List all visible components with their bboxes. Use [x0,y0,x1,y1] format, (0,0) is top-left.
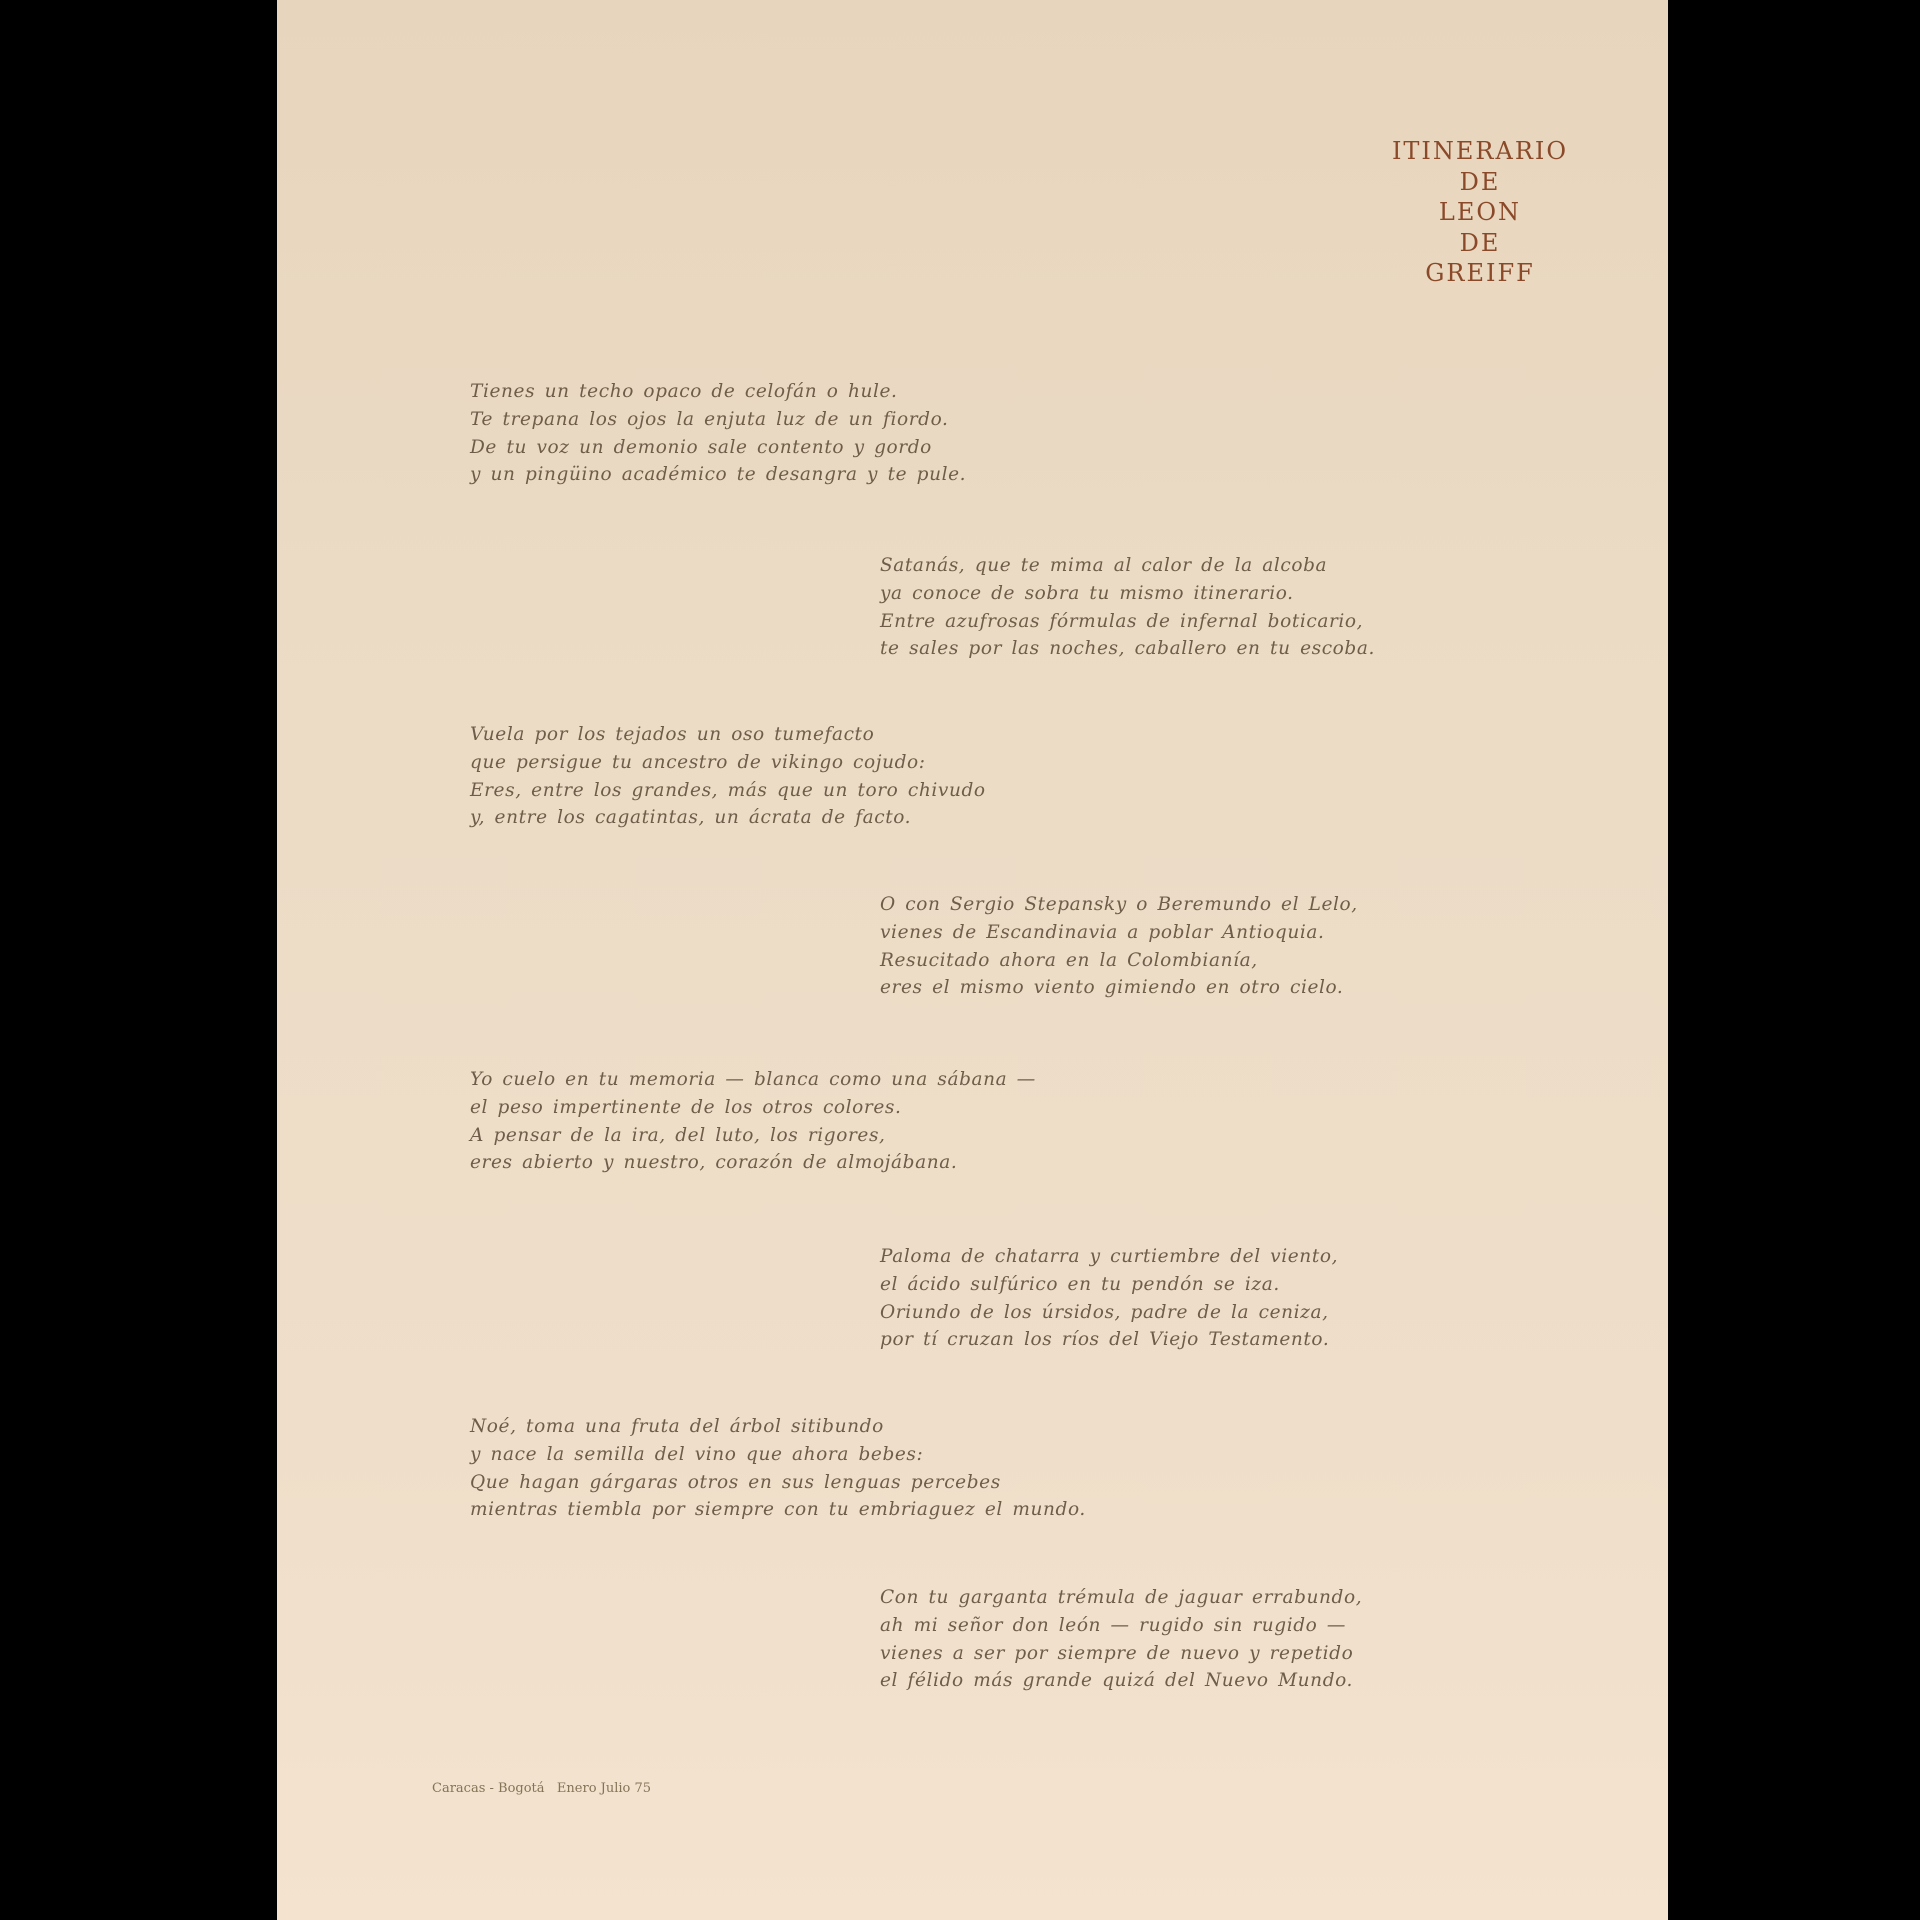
verse-line: Yo cuelo en tu memoria — blanca como una… [470,1066,1036,1094]
verse-line: Noé, toma una fruta del árbol sitibundo [470,1413,1086,1441]
verse-line: y, entre los cagatintas, un ácrata de fa… [470,804,986,832]
stanza-4: O con Sergio Stepansky o Beremundo el Le… [880,891,1358,1002]
verse-line: por tí cruzan los ríos del Viejo Testame… [880,1326,1338,1354]
verse-line: eres abierto y nuestro, corazón de almoj… [470,1149,1036,1177]
verse-line: Satanás, que te mima al calor de la alco… [880,552,1375,580]
verse-line: mientras tiembla por siempre con tu embr… [470,1496,1086,1524]
verse-line: el peso impertinente de los otros colore… [470,1094,1036,1122]
verse-line: que persigue tu ancestro de vikingo coju… [470,749,986,777]
verse-line: ah mi señor don león — rugido sin rugido… [880,1612,1362,1640]
verse-line: Te trepana los ojos la enjuta luz de un … [470,406,966,434]
stanza-7: Noé, toma una fruta del árbol sitibundo … [470,1413,1086,1524]
verse-line: ya conoce de sobra tu mismo itinerario. [880,580,1375,608]
verse-line: Vuela por los tejados un oso tumefacto [470,721,986,749]
title-line: LEON [1370,197,1590,228]
colophon: Caracas - Bogotá Enero Julio 75 [432,1781,651,1796]
verse-line: Eres, entre los grandes, más que un toro… [470,777,986,805]
title-line: DE [1370,228,1590,259]
verse-line: Con tu garganta trémula de jaguar errabu… [880,1584,1362,1612]
verse-line: De tu voz un demonio sale contento y gor… [470,434,966,462]
verse-line: Que hagan gárgaras otros en sus lenguas … [470,1469,1086,1497]
poem-title: ITINERARIO DE LEON DE GREIFF [1370,136,1590,289]
verse-line: te sales por las noches, caballero en tu… [880,635,1375,663]
verse-line: Resucitado ahora en la Colombianía, [880,947,1358,975]
verse-line: y nace la semilla del vino que ahora beb… [470,1441,1086,1469]
title-line: GREIFF [1370,258,1590,289]
verse-line: Tienes un techo opaco de celofán o hule. [470,378,966,406]
verse-line: y un pingüino académico te desangra y te… [470,461,966,489]
stanza-1: Tienes un techo opaco de celofán o hule.… [470,378,966,489]
verse-line: el félido más grande quizá del Nuevo Mun… [880,1667,1362,1695]
verse-line: Entre azufrosas fórmulas de infernal bot… [880,608,1375,636]
verse-line: Oriundo de los úrsidos, padre de la ceni… [880,1299,1338,1327]
verse-line: Paloma de chatarra y curtiembre del vien… [880,1243,1338,1271]
verse-line: eres el mismo viento gimiendo en otro ci… [880,974,1358,1002]
verse-line: el ácido sulfúrico en tu pendón se iza. [880,1271,1338,1299]
title-line: DE [1370,167,1590,198]
verse-line: O con Sergio Stepansky o Beremundo el Le… [880,891,1358,919]
title-line: ITINERARIO [1370,136,1590,167]
stanza-2: Satanás, que te mima al calor de la alco… [880,552,1375,663]
stanza-3: Vuela por los tejados un oso tumefacto q… [470,721,986,832]
stanza-5: Yo cuelo en tu memoria — blanca como una… [470,1066,1036,1177]
verse-line: A pensar de la ira, del luto, los rigore… [470,1122,1036,1150]
verse-line: vienes de Escandinavia a poblar Antioqui… [880,919,1358,947]
stanza-8: Con tu garganta trémula de jaguar errabu… [880,1584,1362,1695]
verse-line: vienes a ser por siempre de nuevo y repe… [880,1640,1362,1668]
stanza-6: Paloma de chatarra y curtiembre del vien… [880,1243,1338,1354]
